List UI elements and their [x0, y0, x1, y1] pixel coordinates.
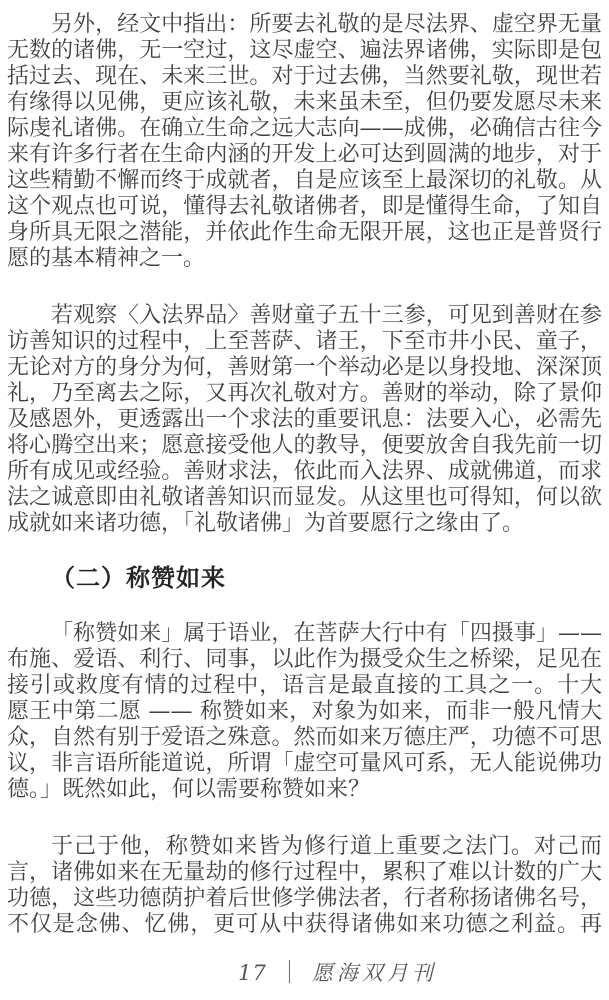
paragraph: 另外，经文中指出：所要去礼敬的是尽法界、虚空界无量 无数的诸佛，无一空过，这尽虚… [7, 12, 602, 272]
text-line: 接引或救度有情的过程中，语言是最直接的工具之一。十大 [7, 673, 602, 699]
text-line: 将心腾空出来；愿意接受他人的教导，便要放舍自我先前一切 [7, 433, 602, 459]
paragraph: 「称赞如来」属于语业，在菩萨大行中有「四摄事」—— 布施、爱语、利行、同事，以此… [7, 621, 602, 803]
text-line: 布施、爱语、利行、同事，以此作为摄受众生之桥梁，足见在 [7, 647, 602, 673]
text-line: 若观察〈入法界品〉善财童子五十三参，可见到善财在参 [7, 303, 602, 329]
text-line: 无论对方的身分为何，善财第一个举动必是以身投地、深深顶 [7, 355, 602, 381]
text-line: 成就如来诸功德，「礼敬诸佛」为首要愿行之缘由了。 [7, 511, 602, 537]
text-line: 有缘得以见佛，更应该礼敬，未来虽未至，但仍要发愿尽未来 [7, 90, 602, 116]
footer-separator: ｜ [279, 959, 300, 988]
text-line: 功德，这些功德荫护着后世修学佛法者，行者称扬诸佛名号， [7, 886, 602, 912]
text-line: 来有许多行者在生命内涵的开发上必可达到圆满的地步，对于 [7, 142, 602, 168]
page-number: 17 [238, 960, 267, 986]
text-line: 言，诸佛如来在无量劫的修行过程中，累积了难以计数的广大 [7, 860, 602, 886]
text-line: 法之诚意即由礼敬诸善知识而显发。从这里也可得知，何以欲 [7, 485, 602, 511]
paragraph: 于己于他，称赞如来皆为修行道上重要之法门。对己而 言，诸佛如来在无量劫的修行过程… [7, 834, 602, 938]
text-line: 际虔礼诸佛。在确立生命之远大志向——成佛，必确信古往今 [7, 116, 602, 142]
text-line: 这些精勤不懈而终于成就者，自是应该至上最深切的礼敬。从 [7, 168, 602, 194]
text-line: 「称赞如来」属于语业，在菩萨大行中有「四摄事」—— [7, 621, 602, 647]
section-heading: （二）称赞如来 [7, 563, 602, 593]
text-line: 于己于他，称赞如来皆为修行道上重要之法门。对己而 [7, 834, 602, 860]
text-line: 不仅是念佛、忆佛，更可从中获得诸佛如来功德之利益。再 [7, 912, 602, 938]
page-footer: 17 ｜ 愿海双月刊 [7, 960, 602, 990]
text-line: 括过去、现在、未来三世。对于过去佛，当然要礼敬，现世若 [7, 64, 602, 90]
text-line: 这个观点也可说，懂得去礼敬诸佛者，即是懂得生命，了知自 [7, 194, 602, 220]
text-line: 众，自然有别于爱语之殊意。然而如来万德庄严，功德不可思 [7, 725, 602, 751]
text-line: 访善知识的过程中，上至菩萨、诸王，下至市井小民、童子， [7, 329, 602, 355]
journal-title: 愿海双月刊 [312, 960, 437, 986]
text-line: 身所具无限之潜能，并依此作生命无限开展，这也正是普贤行 [7, 220, 602, 246]
text-line: 议，非言语所能道说，所谓「虚空可量风可系，无人能说佛功 [7, 751, 602, 777]
text-line: 礼，乃至离去之际，又再次礼敬对方。善财的举动，除了景仰 [7, 381, 602, 407]
text-line: 愿王中第二愿 —— 称赞如来，对象为如来，而非一般凡情大 [7, 699, 602, 725]
text-line: 另外，经文中指出：所要去礼敬的是尽法界、虚空界无量 [7, 12, 602, 38]
text-line: 所有成见或经验。善财求法，依此而入法界、成就佛道，而求 [7, 459, 602, 485]
paragraph: 若观察〈入法界品〉善财童子五十三参，可见到善财在参 访善知识的过程中，上至菩萨、… [7, 303, 602, 537]
text-line: 及感恩外，更透露出一个求法的重要讯息：法要入心，必需先 [7, 407, 602, 433]
text-line: 德。」既然如此，何以需要称赞如来？ [7, 777, 602, 803]
text-line: 无数的诸佛，无一空过，这尽虚空、遍法界诸佛，实际即是包 [7, 38, 602, 64]
magazine-page: 另外，经文中指出：所要去礼敬的是尽法界、虚空界无量 无数的诸佛，无一空过，这尽虚… [0, 0, 609, 1000]
text-line: 愿的基本精神之一。 [7, 246, 602, 272]
